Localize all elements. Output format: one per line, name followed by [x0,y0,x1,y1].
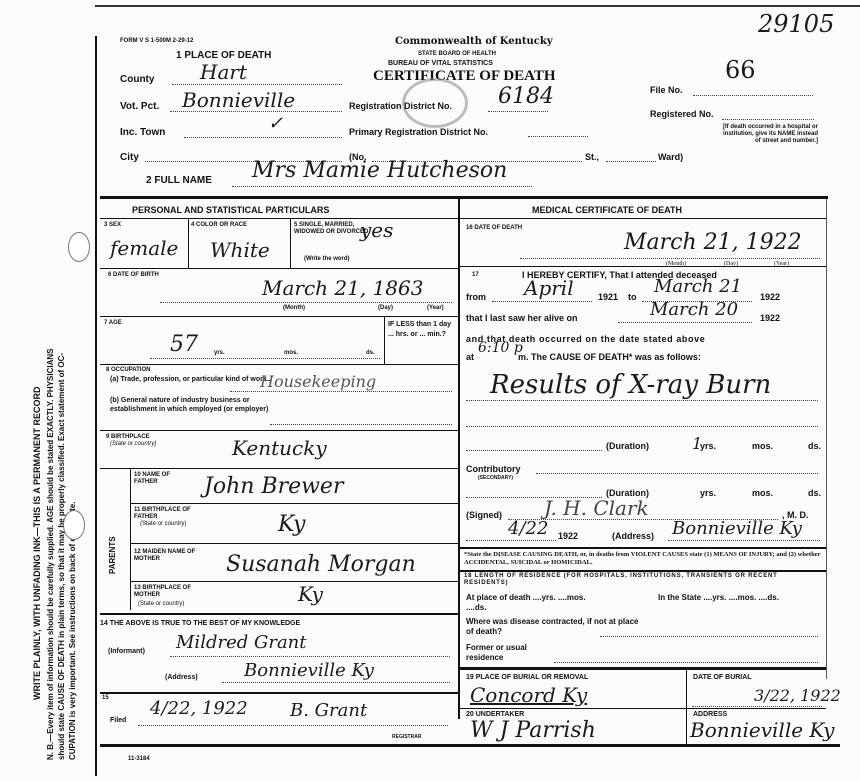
bureau-heading: BUREAU OF VITAL STATISTICS [388,60,493,67]
certificate-title: CERTIFICATE OF DEATH [373,68,556,85]
father-name-label: 10 NAME OF FATHER [134,472,194,486]
filed-number: 15 [102,695,109,701]
duration-line [466,450,602,451]
registration-district-value: 6184 [498,84,554,109]
cause-value: Results of X-ray Burn [490,370,771,400]
mother-birthplace-hint: (State or country) [138,601,184,607]
left-border [95,36,97,776]
rule [460,547,826,549]
county-value: Hart [200,60,247,84]
board-heading: STATE BOARD OF HEALTH [418,51,496,57]
duration2-ds-label: ds. [808,488,821,498]
rule [460,667,826,670]
undertaker-address-value: Bonnieville Ky [690,718,834,742]
informant-address-label: (Address) [165,674,198,681]
bottom-divider [100,744,840,747]
occupation-a-line [230,391,452,392]
attended-from-value: April [524,276,574,300]
registration-district-label: Registration District No. [349,101,452,111]
right-border [826,199,827,679]
street-label: St., [585,152,599,162]
birthplace-hint: (State or country) [110,441,156,447]
vot-pct-label: Vot. Pct. [120,101,159,112]
certificate-number: 29105 [758,10,834,38]
former-residence-label: Former or usual residence [466,643,566,663]
dob-month-label: (Month) [283,305,305,311]
personal-section-title: PERSONAL AND STATISTICAL PARTICULARS [132,205,329,215]
primary-registration-label: Primary Registration District No. [349,127,488,137]
duration-mos-label: mos. [752,441,773,451]
in-state-label: In the State ....yrs. ....mos. ....ds. [658,593,824,603]
father-birthplace-value: Ky [278,512,305,537]
attended-from-line [492,301,592,302]
undertaker-value: W J Parrish [470,718,596,743]
marital-hint: (Write the word) [304,256,350,262]
dod-label: 16 DATE OF DEATH [466,225,522,231]
filed-line [138,725,448,726]
last-saw-value: March 20 [650,299,738,320]
county-line [172,84,342,85]
mother-name-value: Susanah Morgan [226,552,416,577]
sign-date-line [466,540,556,541]
rule [130,503,458,504]
hospital-note: [If death occurred in a hospital or inst… [718,124,818,145]
registration-district-line [488,111,548,112]
duration-ds-label: ds. [808,441,821,451]
cause-line [466,400,818,401]
attended-from-year: 1921 [598,292,618,302]
rule [100,613,458,615]
informant-heading: 14 THE ABOVE IS TRUE TO THE BEST OF MY K… [100,620,300,627]
cause-footnote: *State the DISEASE CAUSING DEATH, or, in… [464,551,824,567]
last-saw-line [618,322,752,323]
cell-divider [686,670,687,744]
parents-label: PARENTS [108,536,117,574]
rule [100,316,458,317]
dob-day-label: (Day) [378,305,393,311]
occupation-b-line [270,424,452,425]
inc-town-line [184,137,342,138]
last-saw-year: 1922 [760,313,780,323]
age-yrs-label: yrs. [214,350,225,356]
age-mos-label: mos. [284,350,298,356]
physician-signature: J. H. Clark [544,496,649,520]
registrar-label: REGISTRAR [392,734,421,740]
father-name-value: John Brewer [204,474,343,499]
informant-address-line [222,682,450,683]
mother-birthplace-value: Ky [298,582,323,606]
physician-address-line [668,540,820,541]
at-place-of-death-label: At place of death ....yrs. ....mos. ....… [466,593,606,613]
contributory-label: Contributory [466,464,521,474]
punch-hole [68,232,90,262]
rule [100,692,458,694]
occupation-a-value: Housekeeping [260,372,376,391]
occupation-a-label: (a) Trade, profession, or particular kin… [110,375,268,384]
header-divider [100,196,828,199]
age-ds-label: ds. [366,350,375,356]
age-value: 57 [170,332,198,357]
commonwealth-heading: Commonwealth of Kentucky [395,36,553,47]
file-no-label: File No. [650,85,683,95]
rule [460,266,826,267]
dob-year-label: (Year) [427,305,444,311]
mother-name-label: 12 MAIDEN NAME OF MOTHER [134,549,204,563]
informant-address-value: Bonnieville Ky [244,660,374,681]
inc-town-value: ✓ [268,113,283,134]
rule [100,218,458,219]
top-edge [95,5,860,7]
contributory-line [536,473,818,474]
contracted-label: Where was disease contracted, if not at … [466,617,646,637]
color-label: 4 COLOR OR RACE [191,222,247,228]
burial-place-label: 19 PLACE OF BURIAL OR REMOVAL [466,674,588,681]
rule [100,364,458,365]
time-at-label: at [466,352,474,362]
cell-divider [290,218,291,268]
duration-label: (Duration) [606,441,649,451]
margin-instruction-occupation: CUPATION is very important. See instruct… [68,502,77,760]
burial-place-value: Concord Ky [470,683,587,707]
dob-line [160,302,452,303]
cell-divider [384,316,385,364]
margin-instruction-nb: N. B.—Every item of information should b… [46,349,55,760]
registered-no-label: Registered No. [650,109,714,119]
city-label: City [120,152,139,163]
duration-yrs-label: yrs. [700,441,716,451]
duration2-yrs-label: yrs. [700,488,716,498]
primary-registration-line [528,136,588,137]
vot-pct-value: Bonnieville [182,88,295,112]
file-no-line [693,95,813,96]
filed-value: 4/22, 1922 [150,698,248,719]
registered-no-line [722,119,814,120]
former-residence-line [554,662,818,663]
burial-date-label: DATE OF BURIAL [693,674,752,681]
dod-line [520,258,820,259]
full-name-label: 2 FULL NAME [146,175,212,186]
ward-label: Ward) [658,152,683,162]
rule [460,708,826,709]
if-less-label: IF LESS than 1 day ... hrs. or ... min.? [388,320,456,340]
margin-instruction-main: WRITE PLAINLY, WITH UNFADING INK—THIS IS… [32,386,42,700]
registrar-signature: B. Grant [290,700,367,721]
duration2-mos-label: mos. [752,488,773,498]
cause-line-2 [466,426,818,427]
dob-value: March 21, 1863 [262,276,423,300]
father-birthplace-hint: (State or country) [140,521,186,527]
inc-town-label: Inc. Town [120,127,165,138]
form-id: FORM V S 1-500M 2-29-12 [120,38,193,44]
file-no-value: 66 [725,56,756,84]
margin-instruction-cause: should state CAUSE OF DEATH in plain ter… [57,353,66,760]
age-line [150,358,380,359]
signed-label: (Signed) [466,510,502,520]
rule [460,570,826,572]
rule [100,430,458,431]
burial-date-line [692,706,822,707]
cause-label: m. The CAUSE OF DEATH* was as follows: [518,352,701,362]
last-saw-label: that I last saw her alive on [466,313,578,323]
marital-value: yes [360,218,393,242]
dod-value: March 21, 1922 [624,230,802,255]
item-17-number: 17 [472,272,479,278]
rule [100,268,458,269]
undertaker-label: 20 UNDERTAKER [466,711,524,718]
birthplace-value: Kentucky [232,436,327,460]
contracted-line [600,636,818,637]
rule [100,468,458,469]
physician-address-value: Bonnieville Ky [672,518,802,539]
medical-section-title: MEDICAL CERTIFICATE OF DEATH [532,205,682,215]
age-label: 7 AGE [104,320,122,326]
rule [130,543,458,544]
informant-line [170,656,450,657]
cell-divider [188,218,189,268]
rule [130,581,458,582]
dob-label: 6 DATE OF BIRTH [108,272,159,278]
full-name-line [232,186,532,187]
occupation-label: 8 OCCUPATION [106,367,150,373]
burial-date-value: 3/22, 1922 [754,686,841,705]
mother-birthplace-label: 13 BIRTHPLACE OF MOTHER [134,585,204,599]
county-label: County [120,74,154,85]
column-divider [458,199,460,719]
punch-hole [63,510,85,540]
attended-to-year: 1922 [760,292,780,302]
informant-label: (Informant) [108,648,145,655]
informant-value: Mildred Grant [176,632,307,653]
ward-line [606,161,656,162]
sign-year: 1922 [558,531,578,541]
father-birthplace-label: 11 BIRTHPLACE OF FATHER [134,507,204,521]
rule [460,218,826,219]
sex-label: 3 SEX [104,222,121,228]
sex-value: female [110,236,178,260]
residence-label: 18 LENGTH OF RESIDENCE (FOR HOSPITALS, I… [464,573,824,587]
physician-address-label: (Address) [612,531,654,541]
undertaker-address-label: ADDRESS [693,711,727,718]
color-value: White [210,238,270,262]
time-value: 6:10 p [478,340,523,356]
attended-to-value: March 21 [654,276,742,297]
filed-label: Filed [110,717,126,724]
birthplace-label: 9 BIRTHPLACE [106,434,150,440]
footer-code: 11-3184 [128,756,150,762]
parents-divider [130,468,131,610]
secondary-label: (SECONDARY) [478,475,513,481]
attended-to-label: to [628,292,637,302]
full-name-value: Mrs Mamie Hutcheson [252,158,507,183]
attended-from-label: from [466,292,486,302]
sign-date-value: 4/22 [508,518,548,539]
occupation-b-label: (b) General nature of industry business … [110,396,290,414]
